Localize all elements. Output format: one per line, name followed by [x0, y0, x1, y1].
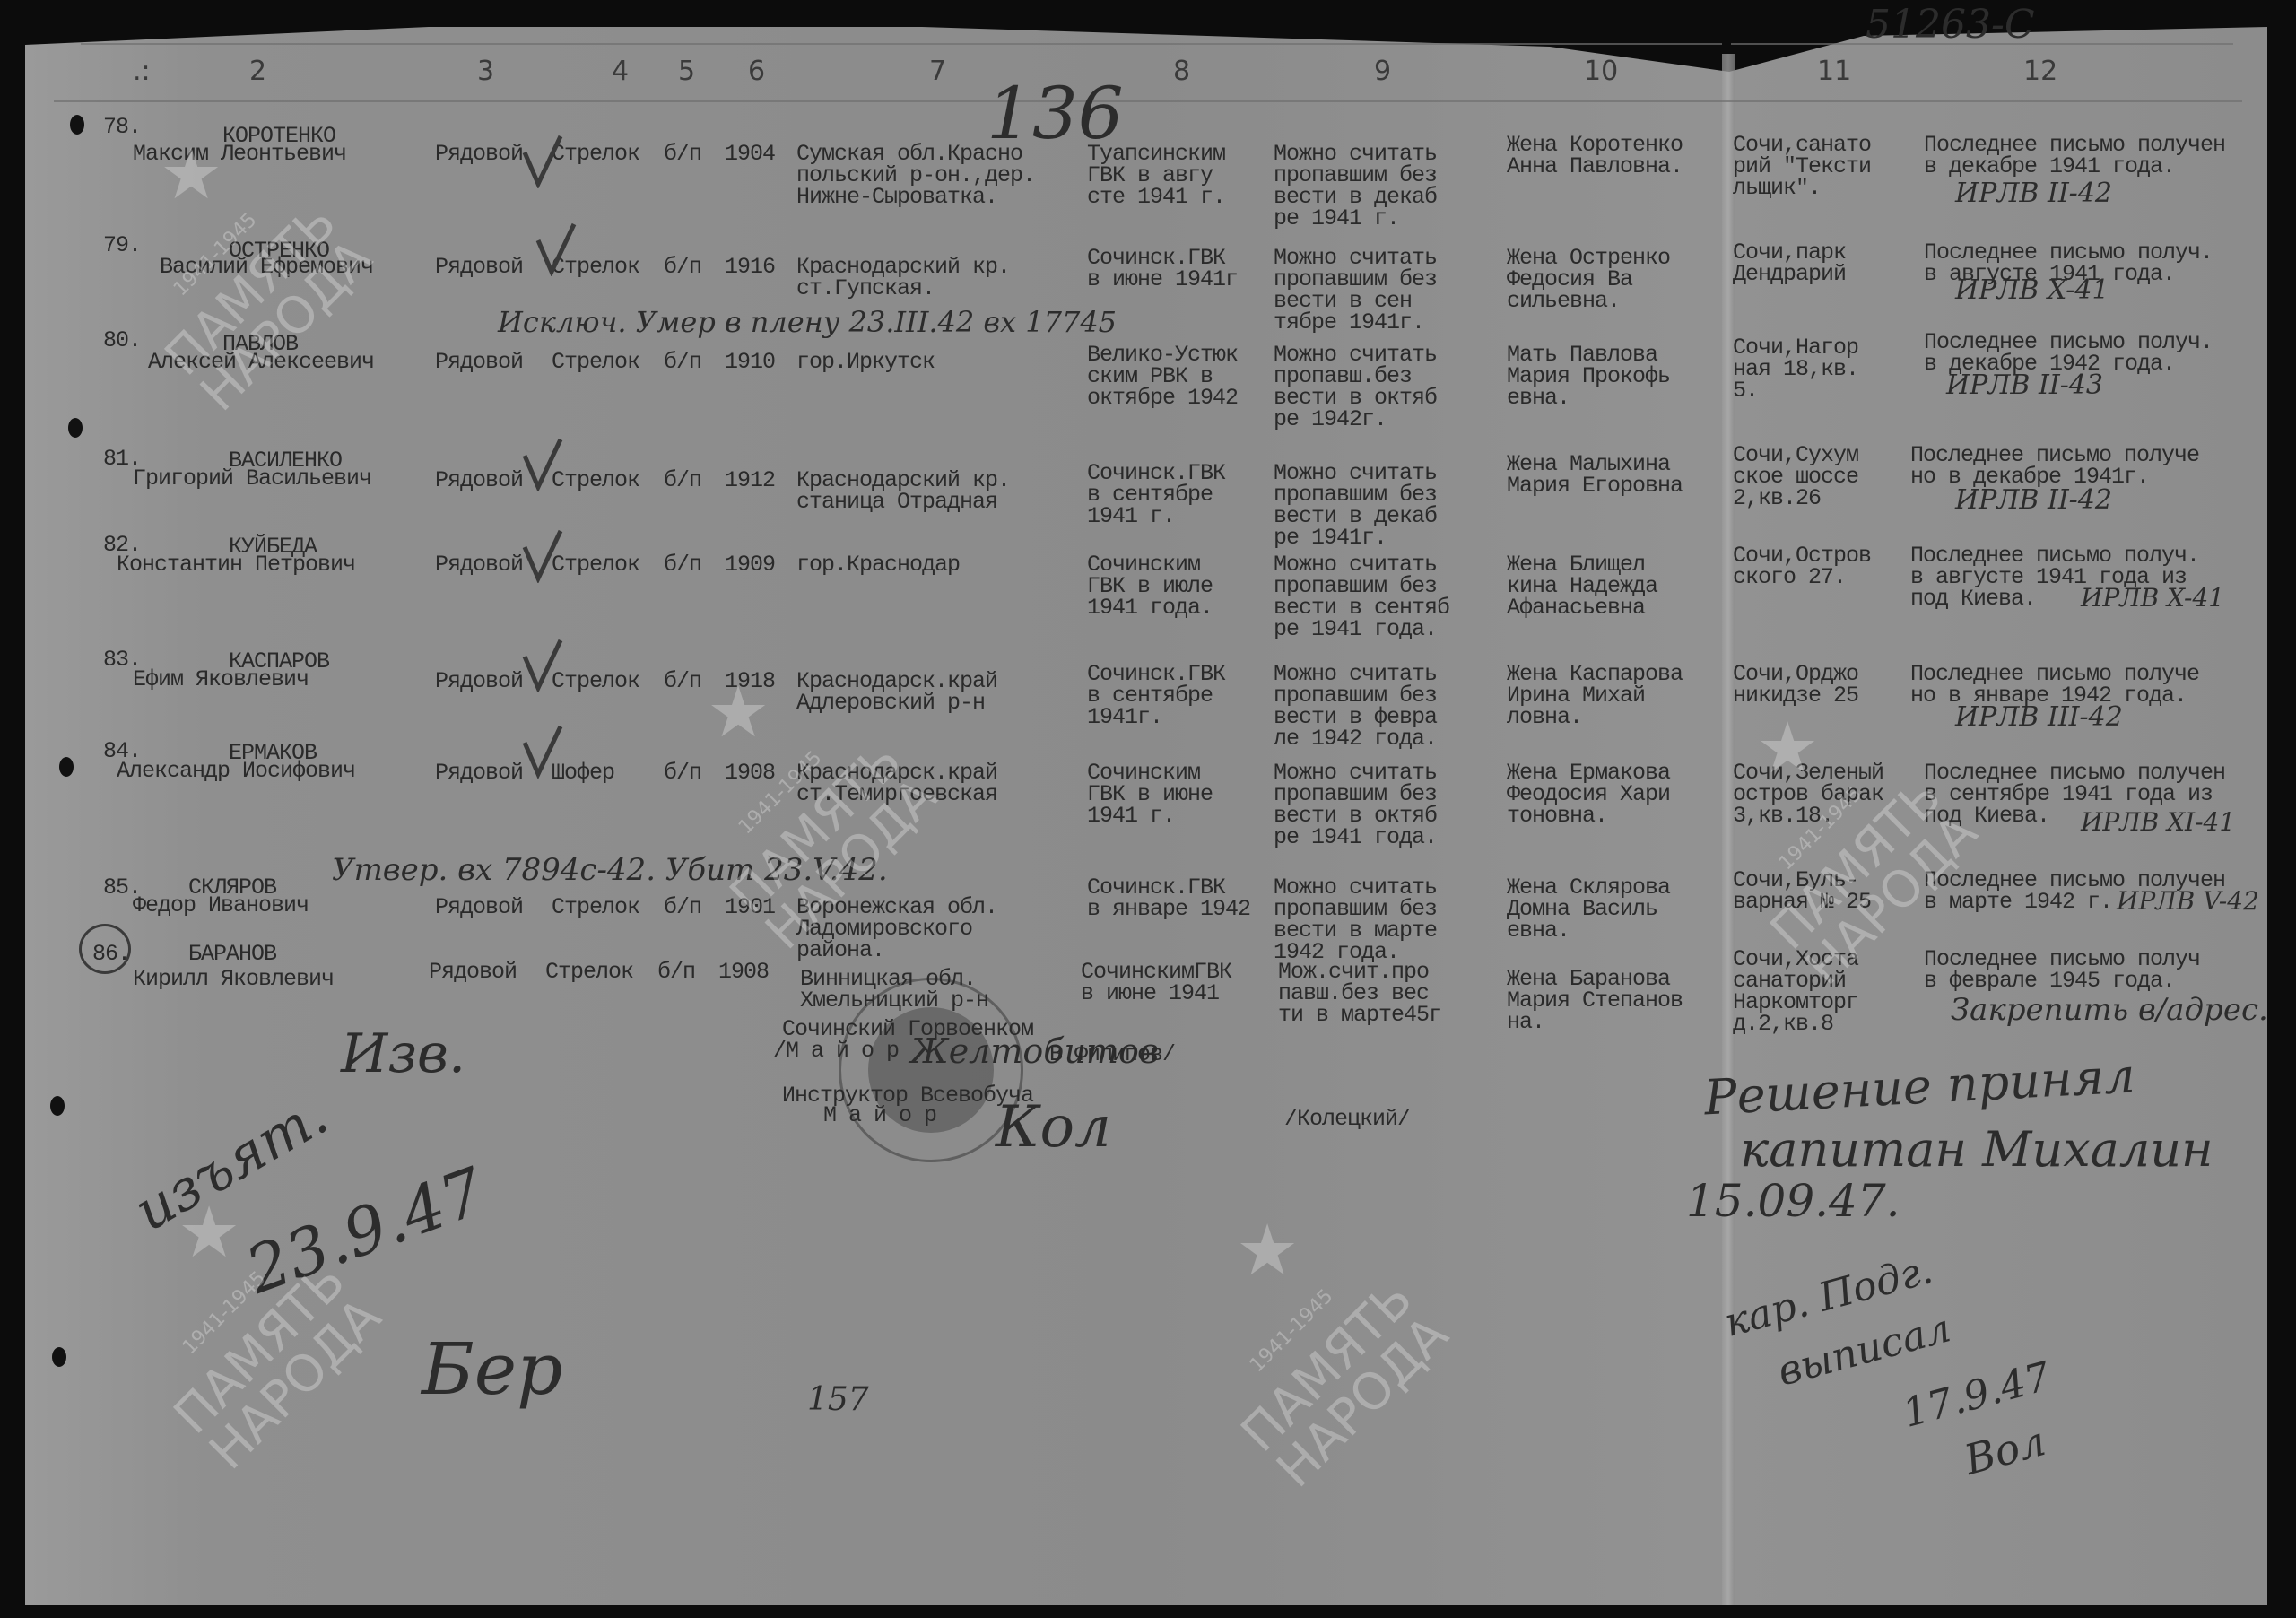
draft-office: Сочинск.ГВК в июне 1941г — [1087, 248, 1238, 291]
signature-name-1: В.Филипов/ — [1049, 1044, 1175, 1066]
surname: БАРАНОВ — [188, 944, 276, 965]
birth-year: 1904 — [725, 144, 775, 165]
given-name: Ефим Яковлевич — [133, 669, 309, 691]
watermark-star-icon: ★ — [161, 108, 221, 230]
draft-office: Велико-Устюк ским РВК в октябре 1942 — [1087, 344, 1238, 409]
rank: Рядовой — [435, 671, 523, 692]
punch-hole — [59, 757, 74, 777]
resolution-date: 15.09.47. — [1686, 1175, 1900, 1227]
punch-hole — [70, 115, 84, 135]
birthplace: гор.Краснодар — [796, 554, 960, 576]
row-number: 79. — [103, 235, 141, 257]
given-name: Александр Иосифович — [117, 761, 355, 782]
address: Сочи,парк Дендрарий — [1733, 242, 1846, 285]
row-number: 86. — [92, 944, 130, 965]
column-number: 9 — [1374, 56, 1391, 87]
party: б/п — [664, 144, 701, 165]
draft-office: Сочинск.ГВК в сентябре 1941г. — [1087, 664, 1225, 728]
relative: Жена Ермакова Феодосия Хари тоновна. — [1507, 762, 1670, 827]
archive-number: 51263-С — [1865, 2, 2035, 48]
column-number: 5 — [678, 56, 695, 87]
birthplace: Краснодарск.край Адлеровский р-н — [796, 671, 997, 714]
birthplace: Краснодарский кр. ст.Гупская. — [796, 257, 1010, 300]
column-number: .: — [133, 56, 151, 87]
rank: Рядовой — [435, 554, 523, 576]
column-number: 2 — [249, 56, 266, 87]
status: Мож.счит.про павш.без вес ти в марте45г — [1278, 961, 1441, 1026]
given-name: Константин Петрович — [117, 554, 355, 576]
watermark-star-icon: ★ — [1238, 1184, 1297, 1306]
status: Можно считать пропавшим без вести в март… — [1274, 877, 1437, 963]
specialty: Стрелок — [552, 897, 639, 918]
party: б/п — [657, 961, 695, 983]
column-number: 3 — [477, 56, 494, 87]
draft-office: Сочинским ГВК в июне 1941 г. — [1087, 762, 1213, 827]
rule-line — [81, 43, 1722, 45]
relative: Жена Склярова Домна Василь евна. — [1507, 877, 1670, 942]
handwritten-note: ИРЛВ XI-41 — [2081, 807, 2235, 837]
checkmark-icon — [520, 639, 565, 692]
column-number: 4 — [612, 56, 629, 87]
rank: Рядовой — [435, 144, 523, 165]
birth-year: 1910 — [725, 352, 775, 373]
row-number: 78. — [103, 117, 141, 138]
draft-office: Сочинским ГВК в июле 1941 года. — [1087, 554, 1213, 619]
given-name: Федор Иванович — [133, 895, 309, 917]
birthplace: гор.Иркутск — [796, 352, 935, 373]
party: б/п — [664, 762, 701, 784]
rank: Рядовой — [435, 352, 523, 373]
relative: Жена Блищел кина Надежда Афанасьевна — [1507, 554, 1657, 619]
draft-office: Сочинск.ГВК в сентябре 1941 г. — [1087, 463, 1225, 527]
party: б/п — [664, 554, 701, 576]
status: Можно считать пропавшим без вести в дека… — [1274, 463, 1437, 549]
birth-year: 1916 — [725, 257, 775, 278]
note: Последнее письмо получен в декабре 1941 … — [1924, 135, 2225, 178]
punch-hole — [68, 418, 83, 438]
column-number: 6 — [748, 56, 765, 87]
draft-office: Сочинск.ГВК в январе 1942 — [1087, 877, 1250, 920]
note: Последнее письмо получе но в декабре 194… — [1910, 445, 2199, 488]
column-number: 11 — [1817, 56, 1851, 87]
relative: Жена Баранова Мария Степанов на. — [1507, 969, 1683, 1033]
draft-office: Туапсинским ГВК в авгу сте 1941 г. — [1087, 144, 1225, 208]
handwritten-note: Закрепить в/адрес. — [1951, 992, 2268, 1028]
status: Можно считать пропавшим без вести в дека… — [1274, 144, 1437, 230]
handwritten-annotation: Исключ. Умер в плену 23.III.42 вх 17745 — [498, 305, 1117, 339]
relative: Жена Малыхина Мария Егоровна — [1507, 454, 1683, 497]
relative: Жена Остренко Федосия Ва сильевна. — [1507, 248, 1670, 312]
rank: Рядовой — [435, 470, 523, 491]
party: б/п — [664, 352, 701, 373]
address: Сочи,Остров ского 27. — [1733, 545, 1871, 588]
given-name: Григорий Васильевич — [133, 468, 371, 490]
birthplace: Краснодарский кр. станица Отрадная — [796, 470, 1010, 513]
watermark-star-icon: ★ — [179, 1166, 239, 1288]
birth-year: 1912 — [725, 470, 775, 491]
party: б/п — [664, 470, 701, 491]
checkmark-icon — [520, 725, 565, 779]
birth-year: 1908 — [718, 961, 769, 983]
page-stamp: 157 — [807, 1381, 869, 1418]
handwritten-note: ИРЛВ II-42 — [1955, 178, 2112, 209]
watermark-star-icon: ★ — [1758, 682, 1817, 804]
birthplace: Сумская обл.Красно польский р-он.,дер. Н… — [796, 144, 1035, 208]
status: Можно считать пропавшим без вести в сент… — [1274, 554, 1449, 640]
relative: Жена Коротенко Анна Павловна. — [1507, 135, 1683, 178]
note: Последнее письмо получ. в декабре 1942 г… — [1924, 332, 2213, 375]
rank: Рядовой — [435, 897, 523, 918]
punch-hole — [52, 1347, 66, 1367]
rank: Рядовой — [435, 762, 523, 784]
watermark-star-icon: ★ — [709, 646, 768, 768]
relative: Жена Каспарова Ирина Михай ловна. — [1507, 664, 1683, 728]
left-signature: Бер — [422, 1327, 562, 1411]
status: Можно считать пропавшим без вести в сен … — [1274, 248, 1437, 334]
column-number: 7 — [929, 56, 946, 87]
handwritten-note: ИРЛВ II-43 — [1946, 370, 2103, 401]
birth-year: 1909 — [725, 554, 775, 576]
party: б/п — [664, 897, 701, 918]
column-number: 10 — [1584, 56, 1618, 87]
draft-office: СочинскимГВК в июне 1941 — [1081, 961, 1231, 1005]
resolution-line-2: капитан Михалин — [1740, 1121, 2213, 1178]
left-note-1: Изв. — [341, 1022, 465, 1085]
handwritten-note: ИРЛВ II-42 — [1955, 484, 2112, 516]
column-number: 12 — [2023, 56, 2057, 87]
row-number: 80. — [103, 330, 141, 352]
signature-rank-1: /М а й о р — [773, 1040, 899, 1062]
handwritten-note: ИРЛВ X-41 — [2081, 583, 2224, 613]
signature-rank-2: М а й о р — [823, 1105, 936, 1127]
address: Сочи,санато рий "Тексти льщик". — [1733, 135, 1871, 199]
punch-hole — [50, 1096, 65, 1116]
checkmark-icon — [520, 529, 565, 583]
rank: Рядовой — [435, 257, 523, 278]
handwritten-note: ИРЛВ X-41 — [1955, 274, 2109, 306]
signature-scrawl-2: Кол — [996, 1094, 1111, 1161]
note: Последнее письмо получ в феврале 1945 го… — [1924, 949, 2200, 992]
address: Сочи,Сухум ское шоссе 2,кв.26 — [1733, 445, 1858, 509]
note: Последнее письмо получе но в январе 1942… — [1910, 664, 2199, 707]
checkmark-icon — [520, 438, 565, 491]
column-number: 8 — [1173, 56, 1190, 87]
checkmark-icon — [534, 222, 578, 276]
party: б/п — [664, 257, 701, 278]
status: Можно считать пропавшим без вести в февр… — [1274, 664, 1437, 750]
party: б/п — [664, 671, 701, 692]
handwritten-note: ИРЛВ III-42 — [1955, 701, 2123, 733]
status: Можно считать пропавш.без вести в октяб … — [1274, 344, 1437, 431]
status: Можно считать пропавшим без вести в октя… — [1274, 762, 1437, 848]
specialty: Стрелок — [552, 352, 639, 373]
signature-name-2: /Колецкий/ — [1284, 1109, 1410, 1130]
handwritten-note: ИРЛВ V-42 — [2117, 886, 2259, 916]
rule-line — [54, 100, 2242, 102]
relative: Мать Павлова Мария Прокофь евна. — [1507, 344, 1670, 409]
address: Сочи,Нагор ная 18,кв. 5. — [1733, 337, 1858, 402]
checkmark-icon — [520, 135, 565, 188]
specialty: Стрелок — [545, 961, 633, 983]
given-name: Кирилл Яковлевич — [133, 969, 334, 990]
rank: Рядовой — [429, 961, 517, 983]
